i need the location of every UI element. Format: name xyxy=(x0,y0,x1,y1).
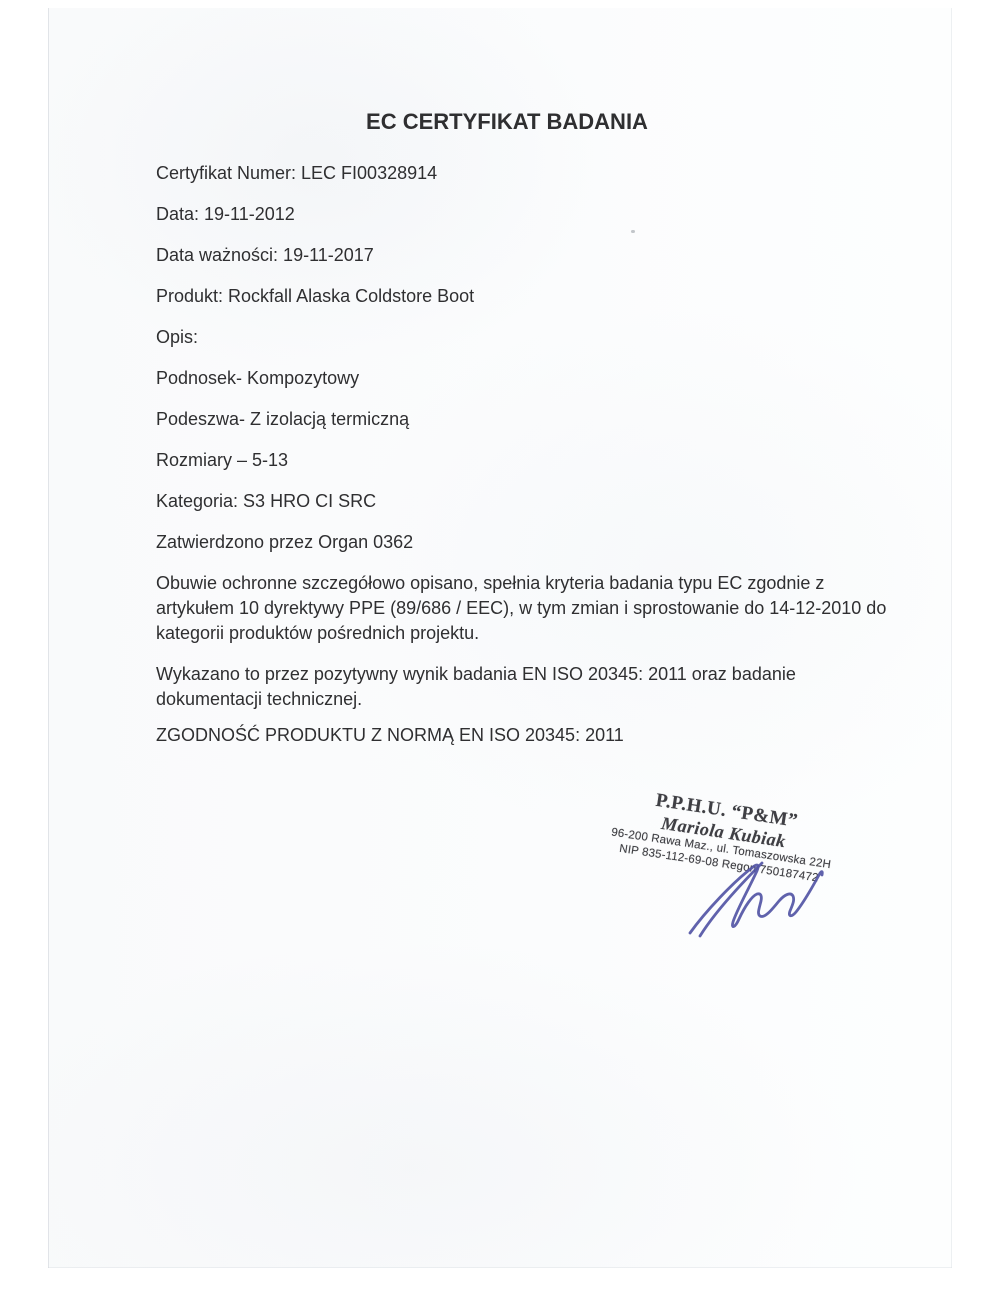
paragraph-line: Obuwie ochronne szczegółowo opisano, spe… xyxy=(156,571,916,596)
handwritten-signature-ink xyxy=(655,850,835,950)
certificate-number-line: Certyfikat Numer: LEC FI00328914 xyxy=(156,161,916,186)
sizes-line: Rozmiary – 5-13 xyxy=(156,448,916,473)
paragraph-line: Wykazano to przez pozytywny wynik badani… xyxy=(156,662,916,687)
paragraph-line: dokumentacji technicznej. xyxy=(156,687,916,712)
conformity-statement-line: ZGODNOŚĆ PRODUKTU Z NORMĄ EN ISO 20345: … xyxy=(156,723,916,748)
description-label: Opis: xyxy=(156,325,916,350)
category-line: Kategoria: S3 HRO CI SRC xyxy=(156,489,916,514)
issue-date-line: Data: 19-11-2012 xyxy=(156,202,916,227)
sole-line: Podeszwa- Z izolacją termiczną xyxy=(156,407,916,432)
validity-date-line: Data ważności: 19-11-2017 xyxy=(156,243,916,268)
test-result-paragraph: Wykazano to przez pozytywny wynik badani… xyxy=(156,662,916,712)
paragraph-line: kategorii produktów pośrednich projektu. xyxy=(156,621,916,646)
document-title: EC CERTYFIKAT BADANIA xyxy=(0,109,1000,135)
scan-speck xyxy=(631,230,635,233)
document-body: Certyfikat Numer: LEC FI00328914 Data: 1… xyxy=(156,161,916,764)
toe-cap-line: Podnosek- Kompozytowy xyxy=(156,366,916,391)
approval-body-line: Zatwierdzono przez Organ 0362 xyxy=(156,530,916,555)
paragraph-line: artykułem 10 dyrektywy PPE (89/686 / EEC… xyxy=(156,596,916,621)
product-line: Produkt: Rockfall Alaska Coldstore Boot xyxy=(156,284,916,309)
compliance-paragraph: Obuwie ochronne szczegółowo opisano, spe… xyxy=(156,571,916,646)
